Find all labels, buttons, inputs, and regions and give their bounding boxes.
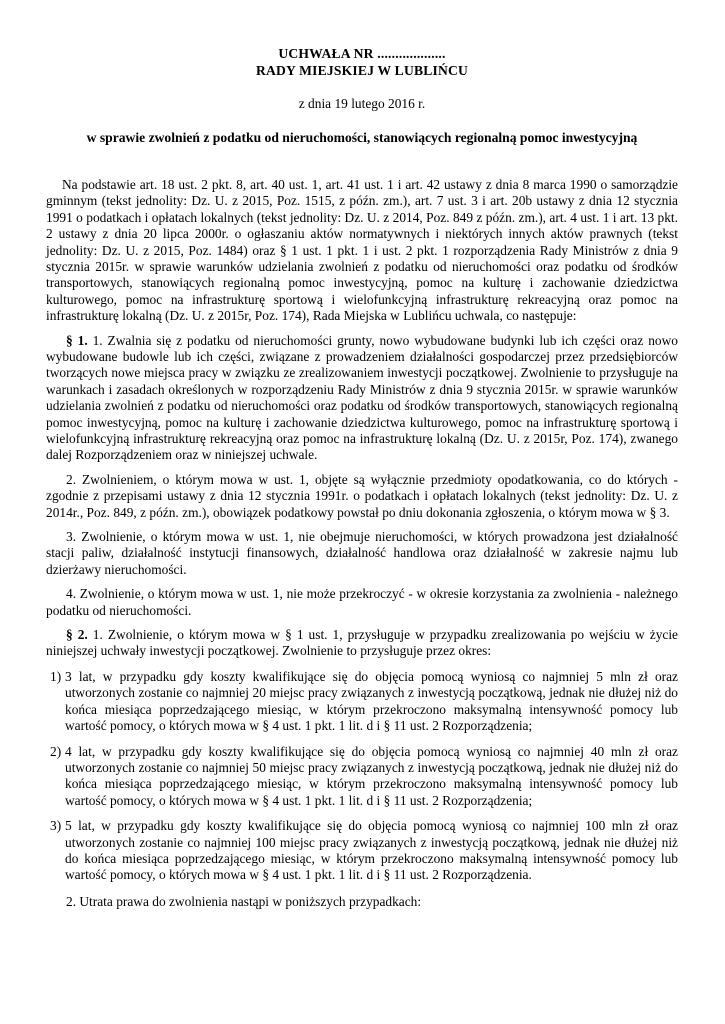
list-item: 1) 3 lat, w przypadku gdy koszty kwalifi…: [50, 669, 678, 735]
duration-list: 1) 3 lat, w przypadku gdy koszty kwalifi…: [46, 669, 678, 884]
paragraph-text: 3. Zwolnienie, o którym mowa w ust. 1, n…: [46, 529, 678, 577]
paragraph: 4. Zwolnienie, o którym mowa w ust. 1, n…: [46, 586, 678, 619]
resolution-number-line: UCHWAŁA NR ...................: [46, 46, 678, 63]
list-item: 3) 5 lat, w przypadku gdy koszty kwalifi…: [50, 818, 678, 884]
paragraph-text: 1. Zwolnienie, o którym mowa w § 1 ust. …: [46, 627, 678, 658]
council-name-line: RADY MIEJSKIEJ W LUBLIŃCU: [46, 63, 678, 80]
subject-line: w sprawie zwolnień z podatku od nierucho…: [46, 130, 678, 147]
closing-paragraph: 2. Utrata prawa do zwolnienia nastąpi w …: [46, 894, 678, 910]
date-line: z dnia 19 lutego 2016 r.: [46, 96, 678, 112]
list-item-marker: 3): [50, 818, 65, 884]
paragraph-text: 2. Zwolnieniem, o którym mowa w ust. 1, …: [46, 472, 678, 520]
list-item-text: 3 lat, w przypadku gdy koszty kwalifikuj…: [65, 669, 678, 735]
paragraph: § 1. 1. Zwalnia się z podatku od nieruch…: [46, 333, 678, 464]
body-paragraphs: § 1. 1. Zwalnia się z podatku od nieruch…: [46, 333, 678, 660]
paragraph-text: 4. Zwolnienie, o którym mowa w ust. 1, n…: [46, 586, 678, 617]
list-item-marker: 2): [50, 744, 65, 810]
list-item-text: 5 lat, w przypadku gdy koszty kwalifikuj…: [65, 818, 678, 884]
list-item: 2) 4 lat, w przypadku gdy koszty kwalifi…: [50, 744, 678, 810]
paragraph-section-label: § 2.: [66, 627, 93, 642]
list-item-text: 4 lat, w przypadku gdy koszty kwalifikuj…: [65, 744, 678, 810]
paragraph: 2. Zwolnieniem, o którym mowa w ust. 1, …: [46, 472, 678, 521]
list-item-marker: 1): [50, 669, 65, 735]
paragraph-text: 1. Zwalnia się z podatku od nieruchomośc…: [46, 333, 678, 463]
paragraph: 3. Zwolnienie, o którym mowa w ust. 1, n…: [46, 529, 678, 578]
paragraph: § 2. 1. Zwolnienie, o którym mowa w § 1 …: [46, 627, 678, 660]
document-page: UCHWAŁA NR ................... RADY MIEJ…: [0, 0, 725, 1024]
document-header: UCHWAŁA NR ................... RADY MIEJ…: [46, 46, 678, 147]
preamble-paragraph: Na podstawie art. 18 ust. 2 pkt. 8, art.…: [46, 177, 678, 325]
paragraph-section-label: § 1.: [66, 333, 93, 348]
